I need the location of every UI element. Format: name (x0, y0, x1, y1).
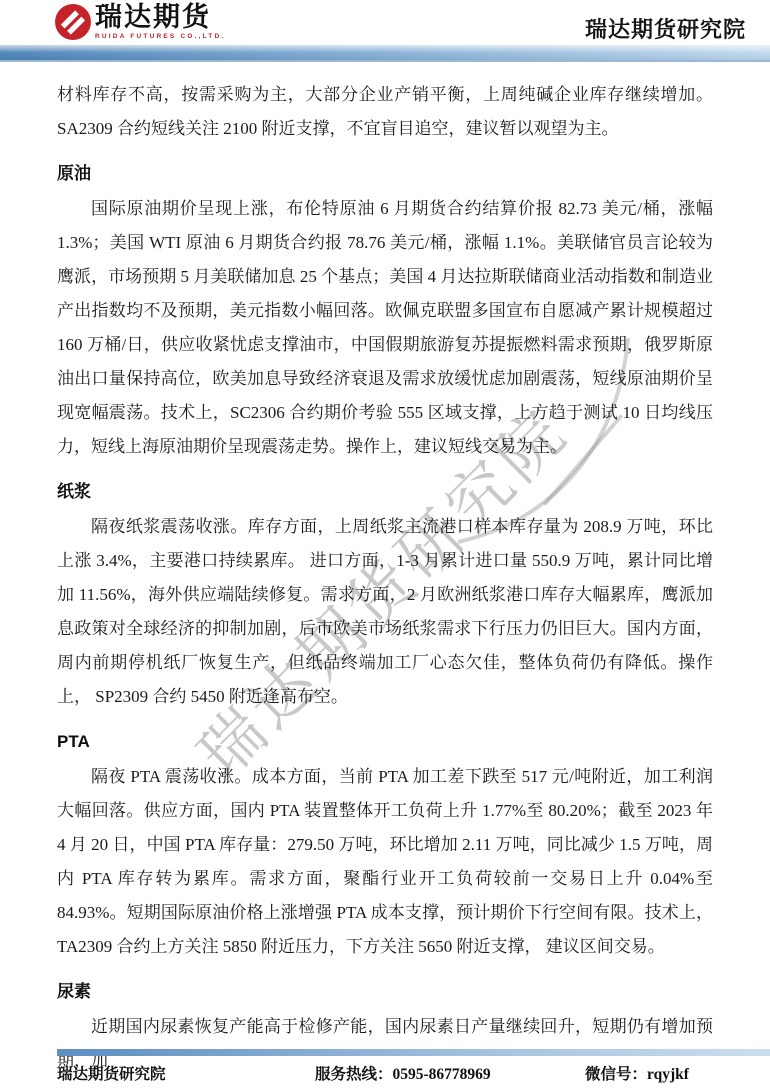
brand-name-en: RUIDA FUTURES CO.,LTD. (95, 33, 225, 40)
footer-hotline: 服务热线：0595-86778969 (315, 1062, 491, 1084)
footer-hotline-label: 服务热线： (315, 1066, 393, 1083)
section-body-pulp: 隔夜纸浆震荡收涨。库存方面，上周纸浆主流港口样本库存量为 208.9 万吨，环比… (57, 510, 713, 714)
section-heading-pta: PTA (57, 730, 713, 754)
footer-wechat: 微信号：rqyjkf (585, 1062, 689, 1084)
brand-logo: 瑞达期货 RUIDA FUTURES CO.,LTD. (54, 3, 225, 41)
brand-text-block: 瑞达期货 RUIDA FUTURES CO.,LTD. (95, 3, 225, 40)
footer-divider-bar (57, 1049, 770, 1056)
header-divider-bar (0, 45, 770, 62)
section-body-pta: 隔夜 PTA 震荡收涨。成本方面，当前 PTA 加工差下跌至 517 元/吨附近… (57, 760, 713, 964)
header-institute-title: 瑞达期货研究院 (585, 13, 746, 44)
footer-hotline-number: 0595-86778969 (393, 1066, 491, 1083)
report-page: 瑞达期货 RUIDA FUTURES CO.,LTD. 瑞达期货研究院 瑞达期货… (0, 0, 770, 1090)
section-heading-crude-oil: 原油 (57, 162, 713, 186)
section-body-crude-oil: 国际原油期价呈现上涨，布伦特原油 6 月期货合约结算价报 82.73 美元/桶，… (57, 192, 713, 464)
ruida-logo-icon (54, 3, 92, 41)
report-body: 材料库存不高，按需采购为主，大部分企业产销平衡，上周纯碱企业库存继续增加。SA2… (57, 78, 713, 1078)
section-heading-pulp: 纸浆 (57, 480, 713, 504)
page-footer: 瑞达期货研究院 服务热线：0595-86778969 微信号：rqyjkf (57, 1062, 770, 1086)
page-header: 瑞达期货 RUIDA FUTURES CO.,LTD. 瑞达期货研究院 (0, 0, 770, 45)
footer-wechat-id: rqyjkf (647, 1066, 689, 1083)
footer-institute-name: 瑞达期货研究院 (57, 1062, 166, 1084)
footer-wechat-label: 微信号： (585, 1066, 647, 1083)
intro-paragraph: 材料库存不高，按需采购为主，大部分企业产销平衡，上周纯碱企业库存继续增加。SA2… (57, 78, 713, 146)
brand-name-cn: 瑞达期货 (95, 3, 225, 32)
section-heading-urea: 尿素 (57, 980, 713, 1004)
